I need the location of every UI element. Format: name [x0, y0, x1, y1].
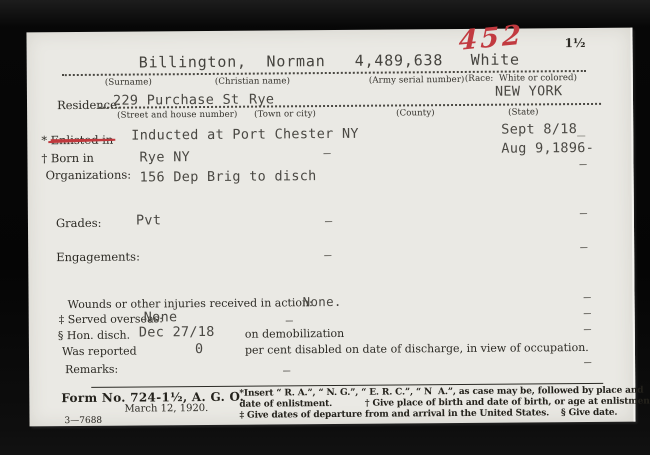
demobilization-note: on demobilization: [245, 327, 345, 341]
wounds-label: Wounds or other injuries received in act…: [68, 296, 313, 311]
state-label: (State): [508, 107, 538, 117]
born-mid-dash: –: [323, 146, 330, 160]
typed-race: White: [471, 51, 520, 69]
street-label: (Street and house number): [117, 110, 237, 121]
discharge-right-dash: –: [584, 322, 591, 336]
typed-overseas-value: None: [144, 309, 178, 325]
enlisted-label-struck: Enlisted in: [51, 133, 114, 147]
born-label: † Born in: [41, 151, 94, 165]
wounds-right-dash: –: [584, 290, 591, 304]
print-code: 3—7688: [64, 416, 102, 426]
typed-grade: Pvt: [136, 212, 161, 228]
typed-state: NEW YORK: [495, 83, 563, 100]
footnote-line-3: ‡ Give dates of departure from and arriv…: [239, 408, 617, 422]
remarks-mid-dash: –: [283, 363, 290, 377]
typed-serial-number: 4,489,638: [355, 51, 444, 70]
grades-right-dash: –: [580, 206, 587, 220]
army-serial-label: (Army serial number): [369, 75, 465, 86]
typed-percent-disabled: 0: [195, 341, 204, 357]
engagements-right-dash: –: [580, 240, 587, 254]
was-reported-label: Was reported: [62, 345, 137, 359]
typed-wounds-value: None.: [303, 294, 342, 309]
scan-background: { "annotations": { "red_number": "452", …: [0, 0, 650, 455]
percent-disabled-note: per cent disabled on date of discharge, …: [245, 341, 589, 357]
typed-organizations: 156 Dep Brig to disch: [140, 168, 317, 185]
christian-name-label: (Christian name): [215, 76, 290, 87]
overseas-right-dash: –: [584, 306, 591, 320]
county-label: (County): [396, 108, 435, 118]
grades-label: Grades:: [56, 216, 102, 230]
sheet-number: 1½: [565, 36, 586, 50]
typed-induction-date: Sept 8/18_: [501, 121, 585, 138]
town-label: (Town or city): [254, 109, 316, 119]
engagements-mid-dash: –: [324, 248, 331, 262]
typed-birthplace: Rye NY: [139, 149, 190, 165]
grades-mid-dash: –: [325, 214, 332, 228]
born-right-dash: –: [579, 157, 586, 171]
engagements-label: Engagements:: [56, 250, 140, 265]
enlisted-asterisk: *: [41, 133, 47, 147]
remarks-label: Remarks:: [65, 363, 118, 376]
enlisted-label: * Enlisted in: [41, 133, 113, 148]
organizations-label: Organizations:: [46, 168, 132, 183]
form-date: March 12, 1920.: [124, 403, 208, 415]
typed-name: Billington, Norman: [139, 52, 326, 71]
typed-birth-date: Aug 9,1896-: [501, 140, 594, 157]
typed-discharge-date: Dec 27/18: [139, 324, 215, 341]
record-card: 452 1½ Billington, Norman 4,489,638 Whit…: [26, 28, 635, 427]
overseas-mid-dash: –: [286, 313, 293, 327]
typed-inducted: Inducted at Port Chester NY: [131, 126, 359, 144]
hon-disch-label: § Hon. disch.: [58, 329, 130, 343]
remarks-right-dash: –: [584, 355, 591, 369]
surname-label: (Surname): [105, 77, 152, 87]
